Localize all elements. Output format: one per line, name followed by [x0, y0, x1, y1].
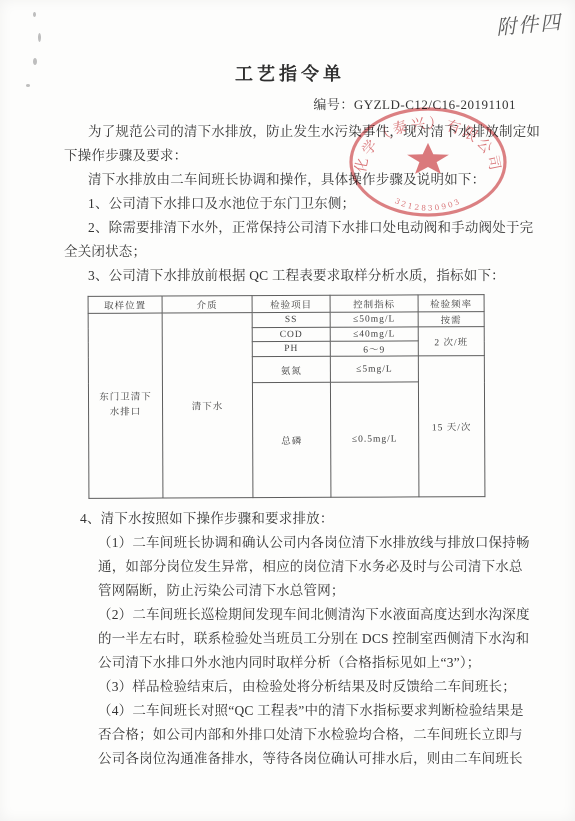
- cell-frequency: 2 次/班: [418, 327, 484, 356]
- header-test-frequency: 检验频率: [418, 295, 484, 312]
- table-header-row: 取样位置 介质 检验项目 控制指标 检验频率: [88, 295, 484, 314]
- seal-serial-number: 3212830903: [393, 196, 462, 212]
- cell-item: COD: [252, 327, 330, 341]
- sub-item-line: （3）样品检验结束后，由检验处将分析结果及时反馈给二车间班长；: [98, 675, 516, 699]
- cell-limit: ≤0.5mg/L: [330, 382, 419, 497]
- table-row: 东门卫清下水排口 清下水 SS ≤50mg/L 按需: [88, 312, 484, 329]
- cell-limit: 6～9: [330, 341, 418, 356]
- scanned-document-page: 附件四 工艺指令单 编号：GYZLD-C12/C16-20191101 为了规范…: [0, 0, 575, 821]
- sub-item-line: 的一半左右时，联系检验处当班员工分别在 DCS 控制室西侧清下水沟和: [98, 627, 516, 651]
- list-item-3: 3、公司清下水排放前根据 QC 工程表要求取样分析水质，指标如下：: [64, 264, 516, 288]
- water-quality-table: 取样位置 介质 检验项目 控制指标 检验频率 东门卫清下水排口 清下水 SS ≤…: [88, 294, 486, 499]
- list-item-4: 4、清下水按照如下操作步骤和要求排放：: [64, 507, 516, 531]
- scan-speck: [26, 84, 30, 87]
- sub-item-line: 公司各岗位沟通准备排水，等待各岗位确认可排水后，则由二车间班长: [98, 747, 516, 771]
- star-icon: [407, 143, 449, 174]
- sub-item-line: （1）二车间班长协调和确认公司内各岗位清下水排放线与排放口保持畅: [98, 531, 516, 555]
- sub-item-line: 通，如部分岗位发生异常，相应的岗位清下水务必及时与公司清下水总: [98, 555, 516, 579]
- header-medium: 介质: [162, 296, 252, 313]
- scan-speck: [33, 58, 37, 65]
- cell-item: 氨氮: [252, 356, 330, 382]
- paragraph-line: 全关闭状态；: [64, 240, 516, 264]
- cell-limit: ≤5mg/L: [330, 356, 418, 382]
- sub-item-line: （4）二车间班长对照“QC 工程表”中的清下水指标要求判断检验结果是: [98, 699, 516, 723]
- header-sampling-location: 取样位置: [88, 296, 162, 313]
- header-control-limit: 控制指标: [330, 295, 418, 312]
- document-title: 工艺指令单: [64, 62, 516, 86]
- company-seal-stamp: 化学（泰兴）有限公司 3212830903: [333, 98, 523, 230]
- scan-speck: [38, 33, 41, 42]
- cell-item: 总磷: [252, 382, 331, 497]
- cell-item: SS: [252, 312, 330, 327]
- cell-medium: 清下水: [162, 313, 253, 498]
- sub-item-line: （2）二车间班长巡检期间发现车间北侧清沟下水液面高度达到水沟深度: [98, 603, 516, 627]
- cell-frequency: 按需: [418, 312, 484, 327]
- cell-location: 东门卫清下水排口: [88, 313, 163, 498]
- cell-item: PH: [252, 341, 330, 356]
- handwritten-annotation: 附件四: [495, 5, 575, 41]
- cell-limit: ≤40mg/L: [330, 327, 418, 341]
- sub-item-line: 公司清下水排口外水池内同时取样分析（合格指标见如上“3”）；: [98, 651, 516, 675]
- sub-item-line: 否合格；如公司内部和外排口处清下水检验均合格，二车间班长立即与: [98, 723, 516, 747]
- header-test-item: 检验项目: [252, 295, 330, 312]
- sub-item-line: 管网隔断，防止污染公司清下水总管网；: [98, 579, 516, 603]
- cell-frequency: 15 天/次: [418, 356, 485, 497]
- cell-limit: ≤50mg/L: [330, 312, 418, 327]
- scan-speck: [33, 12, 36, 17]
